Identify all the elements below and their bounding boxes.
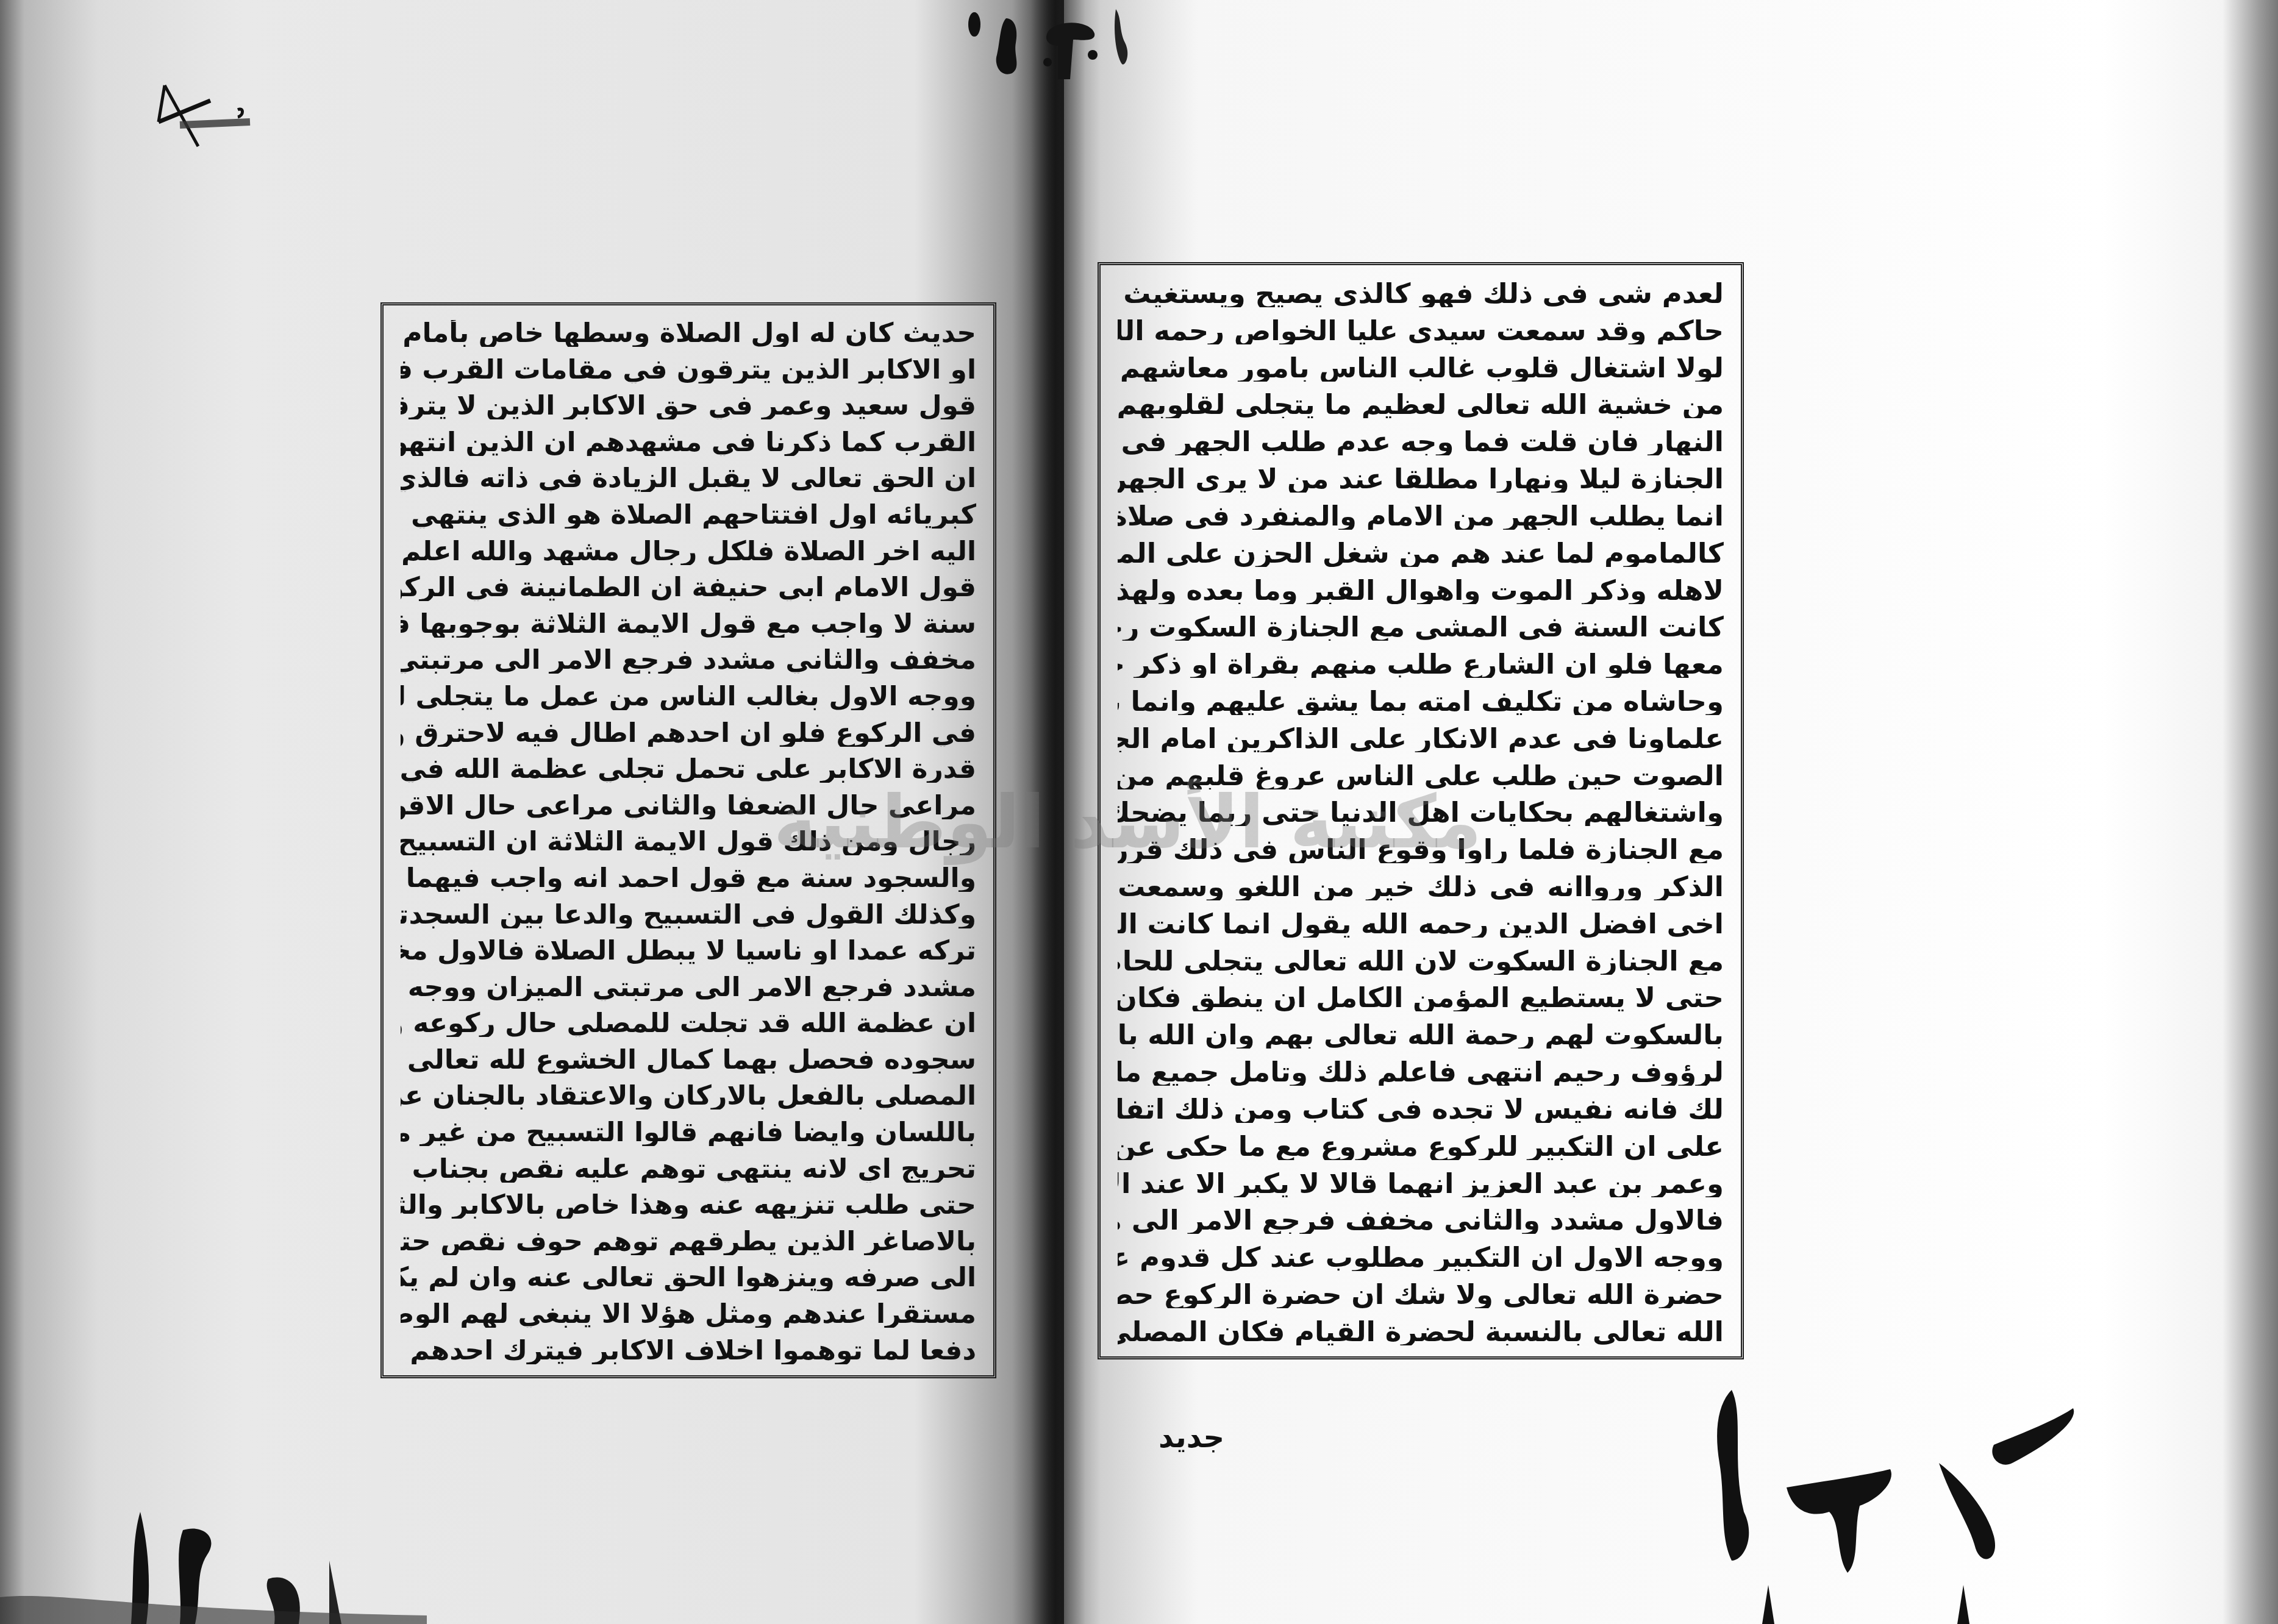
text-line: تحريج اي لانه ينتهي توهم عليه نقص بجناب … [401, 1156, 976, 1183]
text-line: وعمر بن عبد العزيز انهما قالا لا يكبر ال… [1118, 1170, 1724, 1197]
text-line: بالسكوت لهم رحمة الله تعالى بهم وان الله… [1118, 1021, 1724, 1049]
ink-stain-top-icon [939, 6, 1159, 85]
text-line: فالاول مشدد والثاني مخفف فرجع الامر الى … [1118, 1206, 1724, 1234]
text-line: في الركوع فلو ان احدهم اطال فيه لاحترق و… [401, 720, 976, 747]
manuscript-spread: حديث كان له اول الصلاة وسطها خاص بأمام غ… [0, 0, 2278, 1624]
text-line: مستقرا عندهم ومثل هؤلا الا ينبغي لهم الو… [401, 1301, 976, 1328]
text-line: قول سعيد وعمر في حق الاكابر الذين لا يتر… [401, 393, 976, 419]
text-line: او الاكابر الذين يترقون في مقامات القرب … [401, 357, 976, 383]
text-line: معها فلو ان الشارع طلب منهم بقراة او ذكر… [1118, 650, 1724, 678]
text-line: اخي افضل الدين رحمه الله يقول انما كانت … [1118, 910, 1724, 938]
text-line: مشدد فرجع الامر الى مرتبتي الميزان ووجه … [401, 974, 976, 1001]
text-line: لعدم شي في ذلك فهو كالذي يصيح ويستغيث اذ… [1118, 280, 1724, 307]
text-line: دفعا لما توهموا اخلاف الاكابر فيترك احده… [401, 1337, 976, 1364]
text-line: لاهله وذكر الموت واهوال القبر وما بعده و… [1118, 577, 1724, 604]
text-line: باللسان وايضا فانهم قالوا التسبيح من غير… [401, 1119, 976, 1146]
text-line: الذكر ورواانه في ذلك خير من اللغو وسمعت [1118, 873, 1724, 900]
text-line: مخفف والثاني مشدد فرجع الامر الى مرتبتي … [401, 647, 976, 674]
text-line: اليه اخر الصلاة فلكل رجال مشهد والله اعل… [401, 538, 976, 565]
ink-stain-bottom-right-icon [1707, 1378, 2134, 1624]
text-line: على ان التكبير للركوع مشروع مع ما حكي عن… [1118, 1133, 1724, 1160]
text-line: علماونا في عدم الانكار على الذاكرين امام… [1118, 725, 1724, 752]
text-line: كبريائه اول افتتاحهم الصلاة هو الذي ينته… [401, 502, 976, 529]
text-line: الجنازة ليلا ونهارا مطلقا عند من لا يرى … [1118, 465, 1724, 493]
text-line: الى صرفه وينزهوا الحق تعالى عنه وان لم ي… [401, 1264, 976, 1291]
text-line: سنة لا واجب مع قول الايمة الثلاثة بوجوبه… [401, 611, 976, 638]
text-line: الله تعالى بالنسبة لحضرة القيام فكان الم… [1118, 1318, 1724, 1345]
text-line: القرب كما ذكرنا في مشهدهم ان الذين انتهو… [401, 429, 976, 456]
margin-scribble-icon [152, 79, 274, 152]
text-line: كالماموم لما عند هم من شغل الحزن على الم… [1118, 540, 1724, 567]
text-line: انما يطلب الجهر من الامام والمنفرد في صل… [1118, 502, 1724, 530]
text-line: حضرة الله تعالى ولا شك ان حضرة الركوع حض… [1118, 1281, 1724, 1308]
text-line: ان عظمة الله قد تجلت للمصلي حال ركوعه وح… [401, 1010, 976, 1037]
text-line: حاكم وقد سمعت سيدي عليا الخواص رحمه الله… [1118, 317, 1724, 344]
text-line: سجوده فحصل بهما كمال الخشوع لله تعالى فا… [401, 1047, 976, 1074]
text-line: تركه عمدا او ناسيا لا يبطل الصلاة فالاول… [401, 938, 976, 964]
text-line: حتى لا يستطيع المؤمن الكامل ان ينطق فكان… [1118, 984, 1724, 1011]
text-line: كانت السنة في المشي مع الجنازة السكوت رح… [1118, 613, 1724, 641]
text-line: وكذلك القول في التسبيح والدعا بين السجدت… [401, 902, 976, 928]
text-line: لولا اشتغال قلوب غالب الناس بامور معاشهم… [1118, 354, 1724, 382]
library-watermark: مكتبة الأسد الوطنية [811, 780, 1482, 865]
text-line: لك فانه نفيس لا تجده في كتاب ومن ذلك اتف… [1118, 1095, 1724, 1123]
text-line: حتى طلب تنزيهه عنه وهذا خاص بالاكابر وال… [401, 1192, 976, 1219]
text-line: النهار فان قلت فما وجه عدم طلب الجهر في … [1118, 428, 1724, 455]
text-line: مع الجنازة السكوت لان الله تعالى يتجلى ل… [1118, 947, 1724, 975]
text-line: من خشية الله تعالى لعظيم ما يتجلى لقلوبه… [1118, 391, 1724, 418]
ink-stain-bottom-left-icon [0, 1487, 427, 1624]
catchword: جديد [1159, 1420, 1224, 1455]
text-line: ان الحق تعالى لا يقبل الزيادة في ذاته فا… [401, 465, 976, 492]
text-line: وحاشاه من تكليف امته بما يشق عليهم وانما… [1118, 688, 1724, 715]
text-line: بالاصاغر الذين يطرقهم توهم حوف نقص حتى ي… [401, 1228, 976, 1255]
text-line: قدرة الاكابر على تحمل تجلي عظمة الله في … [401, 756, 976, 783]
text-line: ووجه الاول بغالب الناس من عمل ما يتجلى ل… [401, 683, 976, 710]
text-line: قول الامام ابي حنيفة ان الطمانينة في الر… [401, 574, 976, 601]
text-line: والسجود سنة مع قول احمد انه واجب فيهما م… [401, 865, 976, 892]
text-line: حديث كان له اول الصلاة وسطها خاص بأمام غ… [401, 320, 976, 347]
text-line: المصلي بالفعل بالاركان والاعتقاد بالجنان… [401, 1083, 976, 1109]
text-line: لرؤوف رحيم انتهى فاعلم ذلك وتامل جميع ما… [1118, 1058, 1724, 1086]
text-line: ووجه الاول ان التكبير مطلوب عند كل قدوم … [1118, 1244, 1724, 1271]
